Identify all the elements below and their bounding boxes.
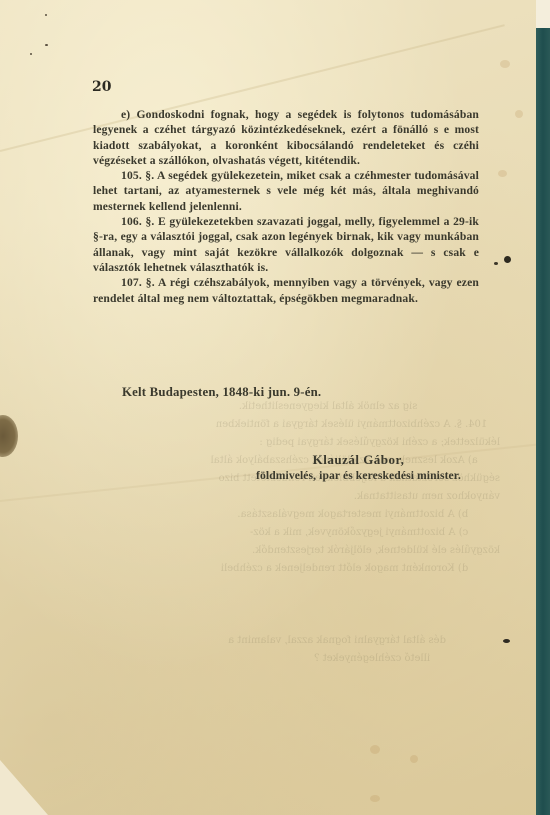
date-line: Kelt Budapesten, 1848-ki jun. 9-én.	[122, 385, 321, 400]
foxing-spot	[370, 795, 380, 802]
scanned-page: sig az elnök által kiegyeneslithetik. 10…	[0, 0, 550, 815]
paragraph-e: e) Gondoskodni fognak, hogy a segédek is…	[93, 107, 479, 168]
book-spine-binding	[536, 28, 550, 815]
signatory-name: Klauzál Gábor,	[236, 452, 481, 468]
ink-spot	[45, 44, 48, 46]
water-stain	[0, 415, 18, 457]
foxing-spot	[370, 745, 380, 754]
reverse-side-bleed-through: sig az elnök által kiegyeneslithetik. 10…	[100, 380, 500, 686]
ink-spot	[494, 262, 498, 265]
folded-corner	[0, 760, 48, 815]
ink-spot	[30, 53, 32, 55]
signatory-title: földmivelés, ipar és kereskedési ministe…	[236, 468, 481, 483]
spine-top-edge	[536, 0, 550, 28]
foxing-spot	[410, 755, 418, 763]
foxing-spot	[515, 110, 523, 118]
paragraph-105: 105. §. A segédek gyülekezetein, miket c…	[93, 168, 479, 214]
ink-spot	[504, 256, 511, 263]
foxing-spot	[498, 170, 507, 177]
signature-block: Klauzál Gábor, földmivelés, ipar és kere…	[236, 452, 481, 483]
paragraph-107: 107. §. A régi czéhszabályok, mennyiben …	[93, 275, 479, 306]
paragraph-106: 106. §. E gyülekezetekben szavazati jogg…	[93, 214, 479, 275]
foxing-spot	[500, 60, 510, 68]
document-body: e) Gondoskodni fognak, hogy a segédek is…	[93, 107, 479, 306]
page-number: 20	[92, 79, 111, 95]
ink-spot	[45, 14, 47, 16]
ink-spot	[503, 639, 510, 643]
